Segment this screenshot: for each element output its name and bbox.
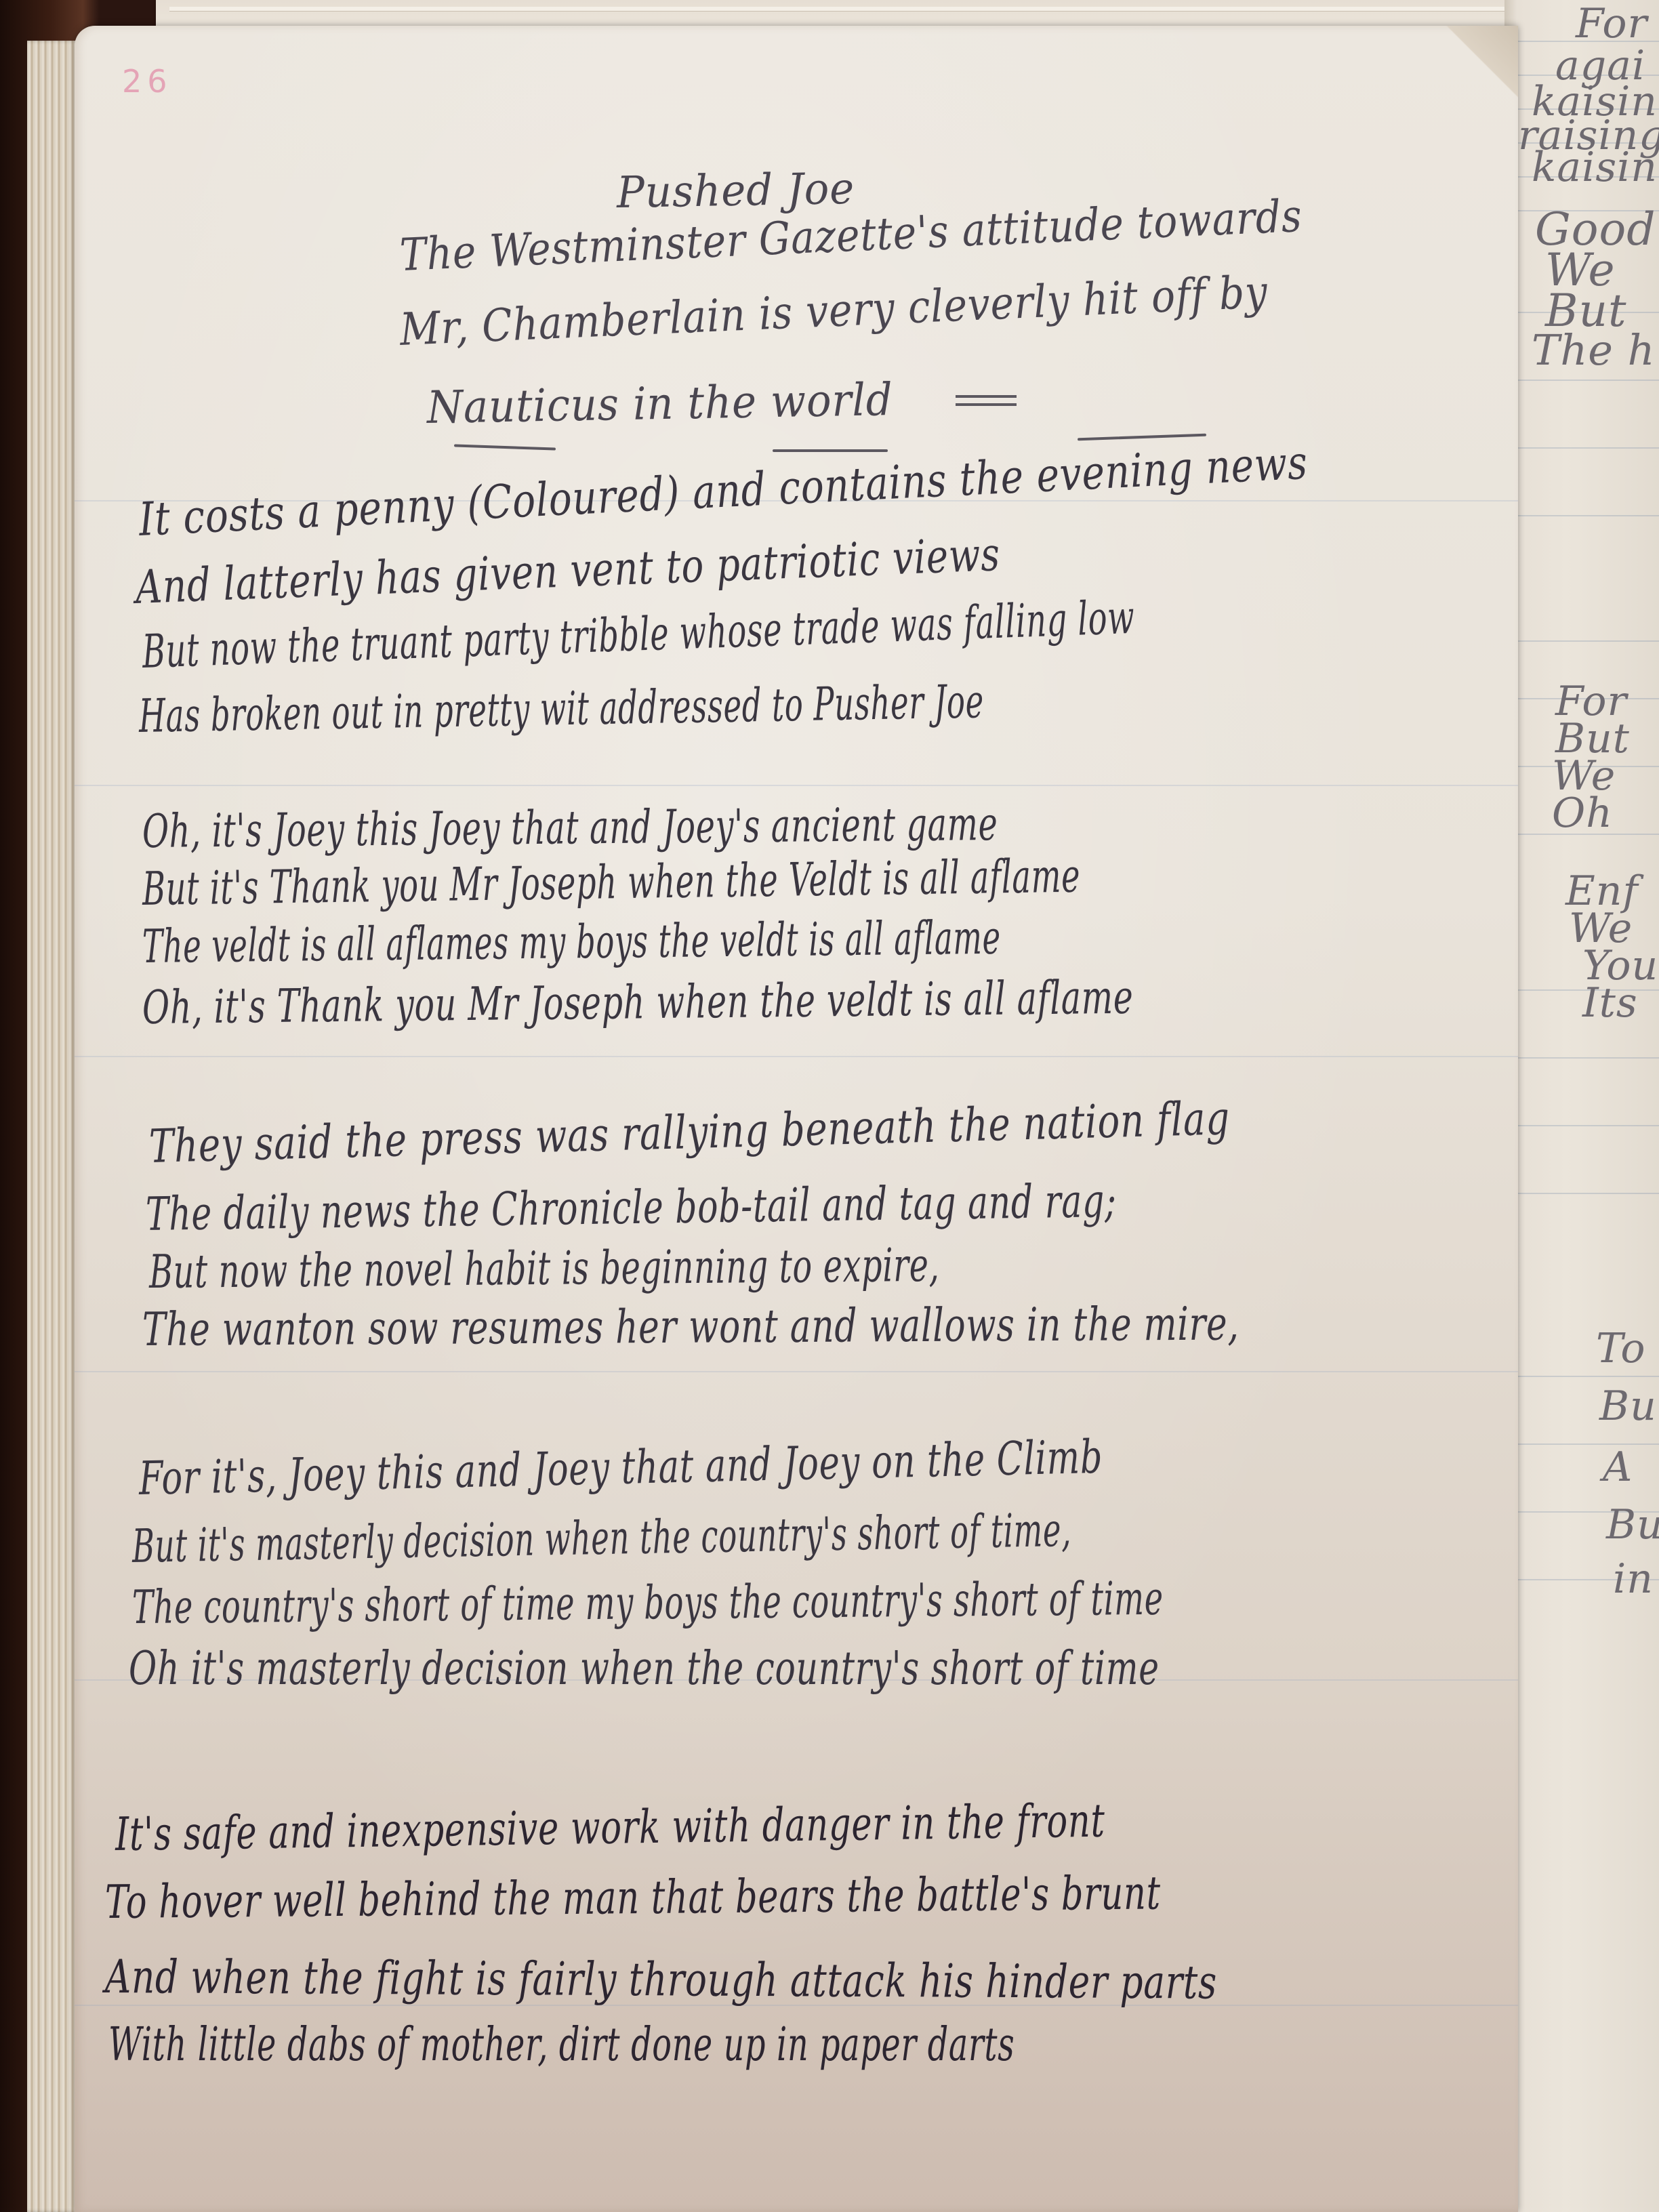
verse-line: The veldt is all aflames my boys the vel… (142, 912, 1002, 974)
ruled-line (1504, 1193, 1659, 1194)
verse-line: It costs a penny (Coloured) and contains… (138, 436, 1309, 547)
ruled-line (75, 1056, 1518, 1057)
torn-corner (1443, 26, 1518, 127)
verse-line: They said the press was rallying beneath… (148, 1092, 1231, 1174)
ruled-line (1504, 1376, 1659, 1377)
ruled-line (1504, 447, 1659, 449)
adjacent-line-fragment: in (1613, 1555, 1654, 1603)
ruled-line (1504, 515, 1659, 516)
verse-line: But it's masterly decision when the coun… (131, 1504, 1071, 1574)
verse-line: Oh, it's Thank you Mr Joseph when the ve… (142, 971, 1134, 1035)
verse-line: Has broken out in pretty wit addressed t… (138, 675, 984, 743)
manuscript-page: 26 Pushed Joe The Westminster Gazette's … (75, 26, 1518, 2212)
adjacent-page: For agai kaisin raising kaisin Good We B… (1504, 0, 1659, 2212)
ruled-line (1504, 1057, 1659, 1059)
divider-stroke (1078, 434, 1206, 441)
double-underline-mark (956, 395, 1017, 407)
ruled-line (1504, 380, 1659, 381)
verse-line: But now the novel habit is beginning to … (149, 1239, 940, 1299)
verse-line: With little dabs of mother, dirt done up… (108, 2018, 1015, 2072)
heading-line: Nauticus in the world (426, 373, 893, 434)
page-strip (169, 7, 1538, 12)
divider-stroke (773, 449, 888, 452)
verse-line: Oh it's masterly decision when the count… (129, 1642, 1160, 1696)
verse-line: For it's, Joey this and Joey that and Jo… (138, 1431, 1103, 1506)
verse-line: Oh, it's Joey this Joey that and Joey's … (142, 798, 998, 859)
adjacent-line-fragment: To (1596, 1325, 1645, 1372)
ruled-line (75, 1371, 1518, 1372)
verse-line: And when the fight is fairly through att… (105, 1950, 1217, 2010)
heading-line: Mr, Chamberlain is very cleverly hit off… (398, 266, 1269, 356)
adjacent-line-fragment: Oh (1552, 790, 1613, 837)
ruled-line (1504, 1125, 1659, 1126)
adjacent-line-fragment: The h (1532, 325, 1656, 375)
verse-line: The wanton sow resumes her wont and wall… (142, 1298, 1240, 1357)
verse-line: The country's short of time my boys the … (132, 1572, 1164, 1635)
adjacent-line-fragment: Its (1582, 979, 1638, 1027)
adjacent-line-fragment: A (1603, 1443, 1633, 1491)
verse-line: It's safe and inexpensive work with dang… (115, 1795, 1105, 1862)
adjacent-line-fragment: Bu (1599, 1382, 1657, 1430)
page-number: 26 (122, 63, 173, 100)
adjacent-line-fragment: kaisin (1532, 144, 1658, 191)
ruled-line (75, 785, 1518, 786)
verse-line: To hover well behind the man that bears … (105, 1866, 1161, 1929)
ruled-line (1504, 1443, 1659, 1445)
ruled-line (1504, 640, 1659, 642)
verse-line: The daily news the Chronicle bob-tail an… (145, 1174, 1117, 1242)
adjacent-line-fragment: Bu (1606, 1501, 1659, 1549)
adjacent-line-fragment: For (1576, 0, 1647, 47)
divider-stroke (454, 444, 556, 450)
verse-line: But it's Thank you Mr Joseph when the Ve… (142, 850, 1080, 916)
